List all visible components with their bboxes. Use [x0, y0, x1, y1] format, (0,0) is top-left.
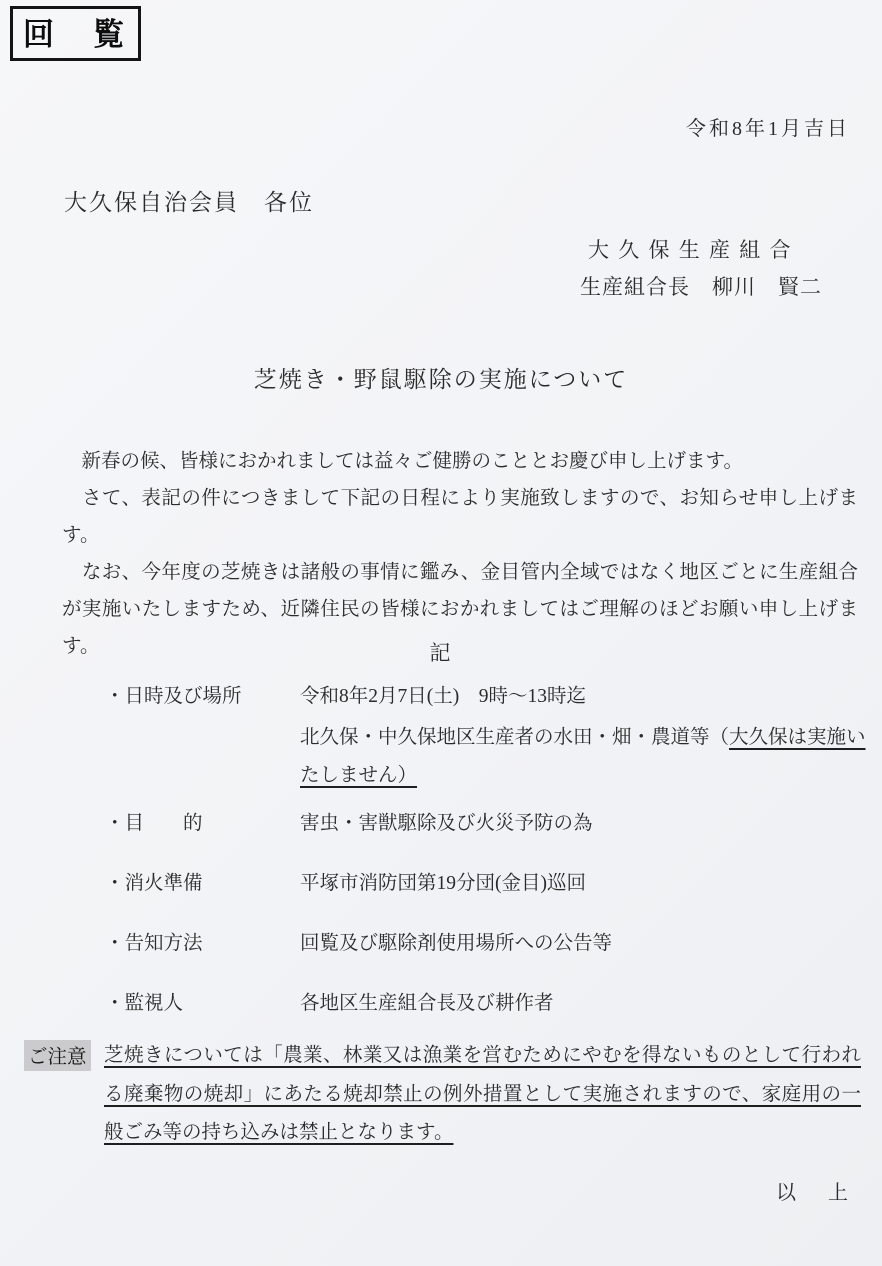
circulation-stamp: 回 覧 — [10, 6, 141, 61]
scanned-circular-document: 回 覧 令和8年1月吉日 大久保自治会員 各位 大 久 保 生 産 組 合 生産… — [0, 0, 882, 1266]
detail-label-purpose: ・目 的 — [105, 808, 300, 840]
detail-value-fire-prevention: 平塚市消防団第19分団(金目)巡回 — [300, 868, 586, 900]
detail-row-datetime-place: ・日時及び場所 令和8年2月7日(土) 9時～13時迄 — [105, 681, 586, 713]
notice-text-underlined: 芝焼きについては「農業、林業又は漁業を営むためにやむを得ないものとして行われる廃… — [104, 1045, 861, 1143]
detail-label-supervisor: ・監視人 — [105, 988, 300, 1020]
notice-body: 芝焼きについては「農業、林業又は漁業を営むためにやむを得ないものとして行われる廃… — [104, 1037, 861, 1153]
detail-value-notification: 回覧及び駆除剤使用場所への公告等 — [300, 928, 612, 960]
detail-value-datetime: 令和8年2月7日(土) 9時～13時迄 — [300, 681, 586, 713]
detail-value-purpose: 害虫・害獣駆除及び火災予防の為 — [300, 808, 593, 840]
detail-label-fire-prevention: ・消火準備 — [105, 868, 300, 900]
paragraph-greeting: 新春の候、皆様におかれましては益々ご健勝のこととお慶び申し上げます。 — [62, 443, 858, 480]
location-text: 北久保・中久保地区生産者の水田・畑・農道等（ — [300, 727, 729, 748]
detail-row-notification: ・告知方法 回覧及び駆除剤使用場所への公告等 — [105, 928, 612, 960]
document-date: 令和8年1月吉日 — [686, 112, 850, 141]
detail-value-location: 北久保・中久保地区生産者の水田・畑・農道等（大久保は実施いたしません） — [300, 719, 866, 795]
detail-value-supervisor: 各地区生産組合長及び耕作者 — [300, 988, 554, 1020]
notice-label: ご注意 — [24, 1040, 91, 1071]
detail-row-fire-prevention: ・消火準備 平塚市消防団第19分団(金目)巡回 — [105, 868, 586, 900]
detail-row-purpose: ・目 的 害虫・害獣駆除及び火災予防の為 — [105, 808, 593, 840]
detail-row-supervisor: ・監視人 各地区生産組合長及び耕作者 — [105, 988, 554, 1020]
body-paragraphs: 新春の候、皆様におかれましては益々ご健勝のこととお慶び申し上げます。 さて、表記… — [62, 443, 858, 665]
detail-label-notification: ・告知方法 — [105, 928, 300, 960]
detail-label-datetime-place: ・日時及び場所 — [105, 681, 300, 713]
closing-mark: 以 上 — [776, 1176, 854, 1205]
document-title: 芝焼き・野鼠駆除の実施について — [0, 361, 882, 394]
sender-person: 生産組合長 柳川 賢二 — [580, 271, 822, 301]
paragraph-announcement: さて、表記の件につきまして下記の日程により実施致しますので、お知らせ申し上げます… — [62, 480, 858, 554]
record-heading: 記 — [0, 637, 882, 667]
recipient-line: 大久保自治会員 各位 — [64, 184, 314, 217]
sender-organization: 大 久 保 生 産 組 合 — [588, 234, 793, 264]
